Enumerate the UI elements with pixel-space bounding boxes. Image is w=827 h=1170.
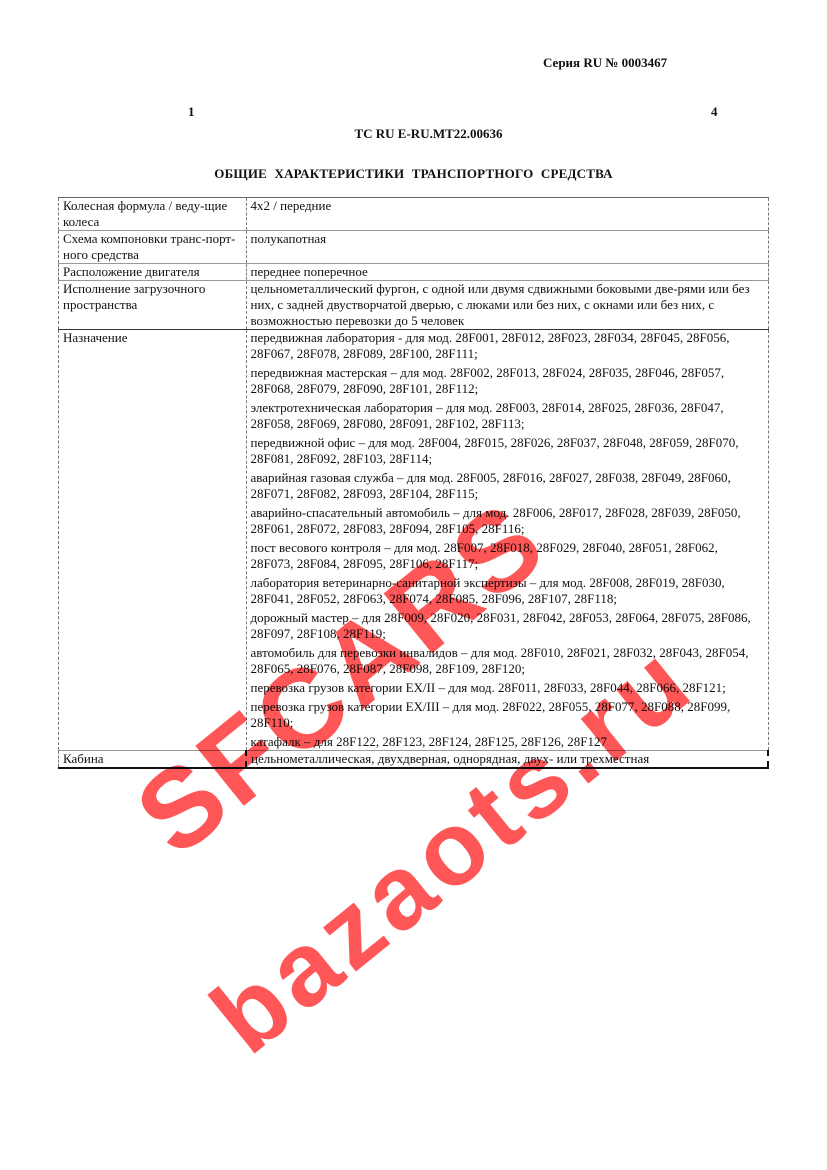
purpose-item: аварийная газовая служба – для мод. 28F0…	[251, 470, 764, 502]
table-row-layout: Схема компоновки транс-порт-ного средств…	[59, 231, 769, 264]
page-number-left: 1	[188, 104, 195, 120]
purpose-item: дорожный мастер – для 28F009, 28F020, 28…	[251, 610, 764, 642]
purpose-item: передвижная мастерская – для мод. 28F002…	[251, 365, 764, 397]
row-value: полукапотная	[246, 231, 768, 264]
row-label: Кабина	[59, 751, 247, 769]
row-label: Схема компоновки транс-порт-ного средств…	[59, 231, 247, 264]
characteristics-table: Колесная формула / веду-щие колеса 4х2 /…	[58, 197, 769, 769]
purpose-list: передвижная лаборатория - для мод. 28F00…	[246, 330, 768, 751]
purpose-item: лаборатория ветеринарно-санитарной экспе…	[251, 575, 764, 607]
purpose-item: катафалк – для 28F122, 28F123, 28F124, 2…	[251, 734, 764, 750]
table-row-engine-position: Расположение двигателя переднее поперечн…	[59, 264, 769, 281]
purpose-item: автомобиль для перевозки инвалидов – для…	[251, 645, 764, 677]
row-label: Расположение двигателя	[59, 264, 247, 281]
purpose-item: пост весового контроля – для мод. 28F007…	[251, 540, 764, 572]
purpose-item: аварийно-спасательный автомобиль – для м…	[251, 505, 764, 537]
series-number: Серия RU № 0003467	[543, 55, 667, 71]
row-value: цельнометаллическая, двухдверная, одноря…	[246, 751, 768, 769]
row-value: 4х2 / передние	[246, 198, 768, 231]
purpose-item: электротехническая лаборатория – для мод…	[251, 400, 764, 432]
purpose-item: перевозка грузов категории EX/II – для м…	[251, 680, 764, 696]
row-label: Колесная формула / веду-щие колеса	[59, 198, 247, 231]
table-row-purpose: Назначение передвижная лаборатория - для…	[59, 330, 769, 751]
row-label: Назначение	[59, 330, 247, 751]
table-row-cabin: Кабина цельнометаллическая, двухдверная,…	[59, 751, 769, 769]
certificate-number: ТС RU E-RU.МТ22.00636	[0, 126, 827, 142]
purpose-item: перевозка грузов категории EX/III – для …	[251, 699, 764, 731]
table-row-cargo-space: Исполнение загрузочного пространства цел…	[59, 281, 769, 330]
purpose-item: передвижной офис – для мод. 28F004, 28F0…	[251, 435, 764, 467]
page-title: ОБЩИЕ ХАРАКТЕРИСТИКИ ТРАНСПОРТНОГО СРЕДС…	[0, 166, 827, 182]
row-label: Исполнение загрузочного пространства	[59, 281, 247, 330]
page-number-right: 4	[711, 104, 718, 120]
table-row-wheel-formula: Колесная формула / веду-щие колеса 4х2 /…	[59, 198, 769, 231]
row-value: переднее поперечное	[246, 264, 768, 281]
row-value: цельнометаллический фургон, с одной или …	[246, 281, 768, 330]
purpose-item: передвижная лаборатория - для мод. 28F00…	[251, 330, 764, 362]
